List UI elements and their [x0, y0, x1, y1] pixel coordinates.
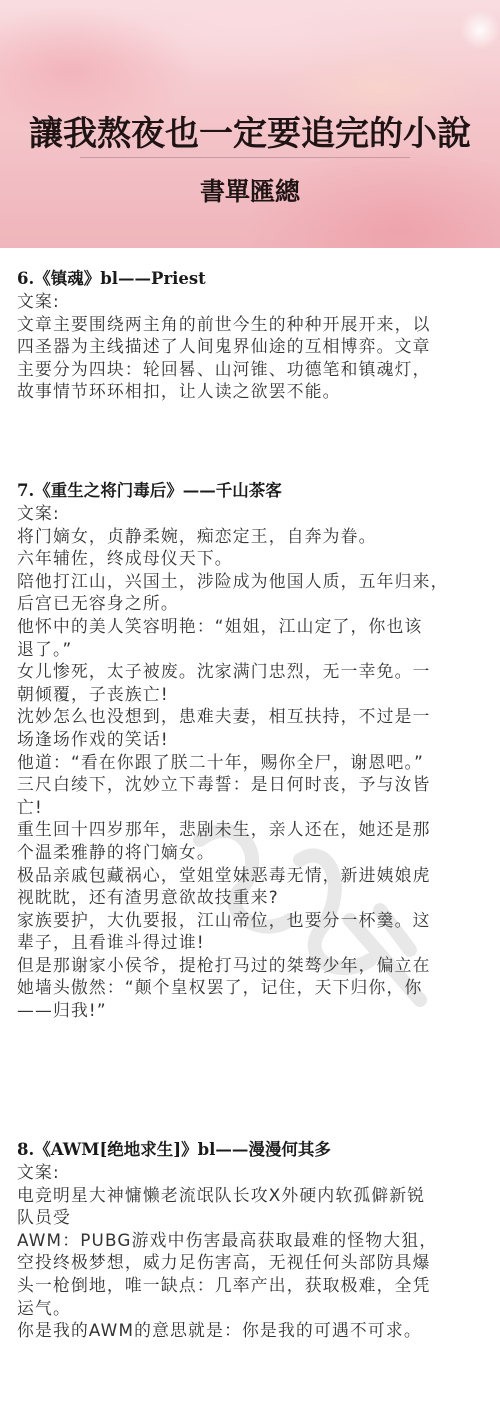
- synopsis-line: 主要分为四块：轮回晷、山河锥、功德笔和镇魂灯，: [17, 358, 497, 381]
- synopsis-line: ——归我!”: [17, 999, 497, 1022]
- synopsis-line: 运气。: [17, 1297, 497, 1320]
- synopsis-line: 个温柔雅静的将门嫡女。: [17, 841, 497, 864]
- synopsis-line: 后宫已无容身之所。: [17, 592, 497, 615]
- book-heading: 8.《AWM[绝地求生]》bl——漫漫何其多: [17, 1139, 497, 1161]
- synopsis-line: 陪他打江山，兴国土，涉险成为他国人质，五年归来，: [17, 570, 497, 593]
- synopsis-line: AWM：PUBG游戏中伤害最高获取最难的怪物大狙，: [17, 1229, 497, 1252]
- page-title: 讓我熬夜也一定要追完的小說: [0, 106, 500, 155]
- title-divider: [80, 157, 410, 158]
- synopsis-line: 场逢场作戏的笑话!: [17, 728, 497, 751]
- header-banner: 讓我熬夜也一定要追完的小說 書單匯總: [0, 0, 500, 248]
- synopsis-line: 但是那谢家小侯爷，提枪打马过的桀骜少年，偏立在: [17, 954, 497, 977]
- synopsis-line: 队员受: [17, 1206, 497, 1229]
- synopsis-line: 六年辅佐，终成母仪天下。: [17, 547, 497, 570]
- synopsis-line: 重生回十四岁那年，悲剧未生，亲人还在，她还是那: [17, 818, 497, 841]
- synopsis-line: 退了。”: [17, 638, 497, 661]
- book-heading: 6.《镇魂》bl——Priest: [17, 268, 497, 290]
- synopsis-line: 他怀中的美人笑容明艳：“姐姐，江山定了，你也该: [17, 615, 497, 638]
- synopsis-line: 女儿惨死，太子被废。沈家满门忠烈，无一幸免。一: [17, 660, 497, 683]
- book-heading: 7.《重生之将门毒后》——千山茶客: [17, 480, 497, 502]
- synopsis-line: 视眈眈，还有渣男意欲故技重来?: [17, 886, 497, 909]
- synopsis-line: 亡!: [17, 796, 497, 819]
- synopsis-label: 文案:: [17, 502, 497, 525]
- synopsis-label: 文案:: [17, 290, 497, 313]
- synopsis-line: 故事情节环环相扣，让人读之欲罢不能。: [17, 380, 497, 403]
- synopsis-line: 家族要护，大仇要报，江山帝位，也要分一杯羹。这: [17, 909, 497, 932]
- book-entry-6: 6.《镇魂》bl——Priest 文案: 文章主要围绕两主角的前世今生的种种开展…: [17, 268, 497, 403]
- book-entry-8: 8.《AWM[绝地求生]》bl——漫漫何其多 文案: 电竞明星大神慵懒老流氓队长…: [17, 1139, 497, 1342]
- page-subtitle: 書單匯總: [0, 172, 500, 208]
- synopsis-line: 文章主要围绕两主角的前世今生的种种开展开来，以: [17, 313, 497, 336]
- synopsis-line: 电竞明星大神慵懒老流氓队长攻X外硬内软孤僻新锐: [17, 1184, 497, 1207]
- synopsis-line: 将门嫡女，贞静柔婉，痴恋定王，自奔为眷。: [17, 525, 497, 548]
- synopsis-line: 极品亲戚包藏祸心，堂姐堂妹恶毒无情，新进姨娘虎: [17, 864, 497, 887]
- synopsis-line: 沈妙怎么也没想到，患难夫妻，相互扶持，不过是一: [17, 705, 497, 728]
- book-entry-7: 7.《重生之将门毒后》——千山茶客 文案: 将门嫡女，贞静柔婉，痴恋定王，自奔为…: [17, 480, 497, 1022]
- synopsis-line: 头一枪倒地，唯一缺点：几率产出，获取极难，全凭: [17, 1274, 497, 1297]
- synopsis-line: 你是我的AWM的意思就是：你是我的可遇不可求。: [17, 1319, 497, 1342]
- synopsis-line: 三尺白绫下，沈妙立下毒誓：是日何时丧，予与汝皆: [17, 773, 497, 796]
- synopsis-line: 辈子，且看谁斗得过谁!: [17, 931, 497, 954]
- synopsis-line: 她墙头傲然：“颠个皇权罢了，记住，天下归你，你: [17, 976, 497, 999]
- synopsis-line: 空投终极梦想，威力足伤害高，无视任何头部防具爆: [17, 1251, 497, 1274]
- synopsis-line: 四圣器为主线描述了人间鬼界仙途的互相博弈。文章: [17, 335, 497, 358]
- synopsis-line: 朝倾覆，子丧族亡!: [17, 683, 497, 706]
- synopsis-label: 文案:: [17, 1161, 497, 1184]
- synopsis-line: 他道：“看在你跟了朕二十年，赐你全尸，谢恩吧。”: [17, 751, 497, 774]
